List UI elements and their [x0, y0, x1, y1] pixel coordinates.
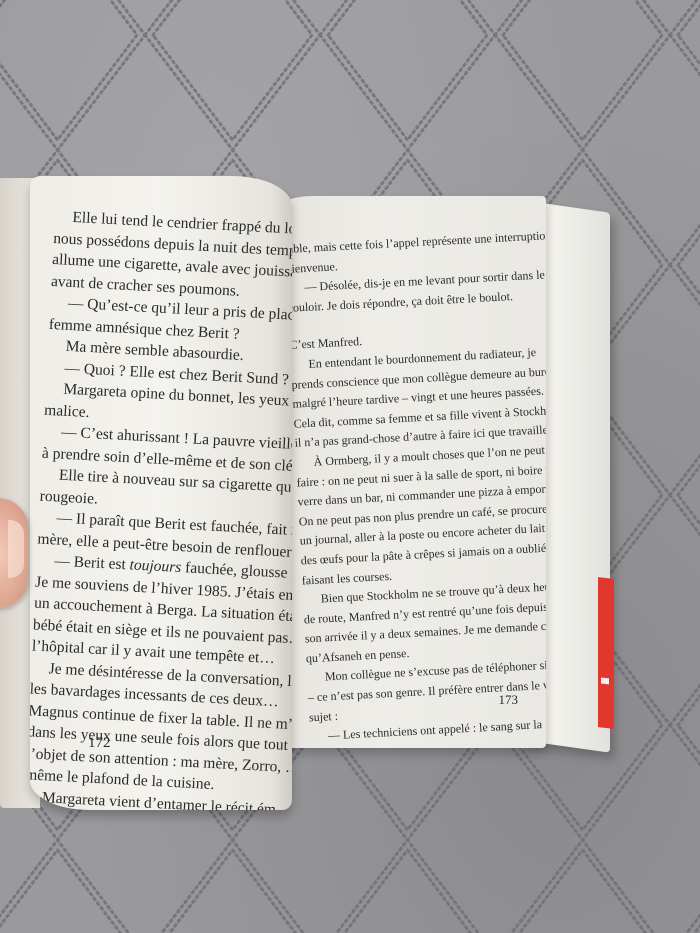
right-page: table, mais cette fois l’appel représent… [272, 196, 546, 748]
left-page-text: Elle lui tend le cendrier frappé du logo… [30, 206, 292, 810]
open-book: table, mais cette fois l’appel représent… [0, 0, 700, 933]
left-page: Elle lui tend le cendrier frappé du logo… [30, 176, 292, 810]
right-page-text: table, mais cette fois l’appel représent… [284, 226, 546, 748]
red-back-cover [598, 577, 614, 729]
page-number-left: 172 [88, 735, 111, 752]
italic-emphasis: toujours [129, 556, 182, 576]
page-number-right: 173 [499, 692, 519, 708]
thumb-holding-book [0, 498, 28, 608]
